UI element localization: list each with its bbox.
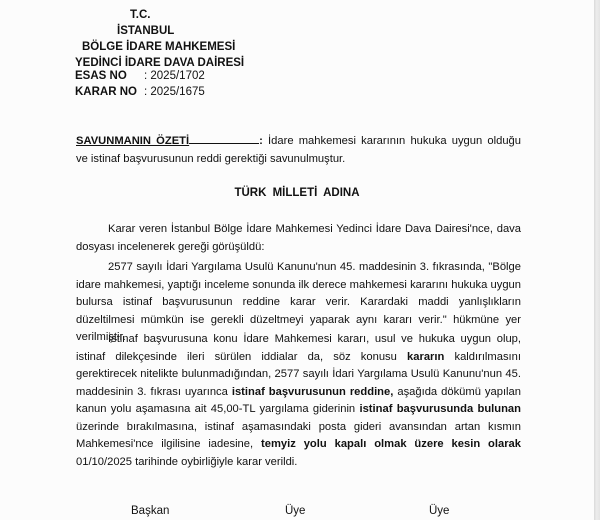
defense-summary-label: SAVUNMANIN ÖZETİ — [76, 135, 189, 147]
decision-title: TÜRK MİLLETİ ADINA — [0, 187, 594, 199]
document-page: T.C. İSTANBUL BÖLGE İDARE MAHKEMESİ YEDİ… — [0, 0, 594, 520]
esas-no-value: : 2025/1702 — [144, 70, 205, 82]
header-court: BÖLGE İDARE MAHKEMESİ — [82, 40, 235, 56]
p3-bold-1: kararın — [407, 351, 444, 363]
p3-bold-3: istinaf başvurusunda bulunan — [359, 403, 521, 415]
underline-gap — [189, 133, 259, 144]
signature-member-1: Üye — [285, 505, 305, 517]
p3-bold-2: istinaf başvurusunun reddine, — [232, 386, 394, 398]
paragraph-1-text: Karar veren İstanbul Bölge İdare Mahkeme… — [76, 223, 521, 253]
p3-bold-4: temyiz yolu kapalı olmak üzere kesin ola… — [261, 438, 521, 450]
page-edge — [594, 0, 600, 520]
signature-president: Başkan — [131, 505, 169, 517]
paragraph-1: Karar veren İstanbul Bölge İdare Mahkeme… — [76, 221, 521, 256]
karar-no-label: KARAR NO — [75, 86, 137, 98]
karar-no-value: : 2025/1675 — [144, 86, 205, 98]
paragraph-3: İstinaf başvurusuna konu İdare Mahkemesi… — [76, 331, 521, 471]
defense-summary: SAVUNMANIN ÖZETİ: İdare mahkemesi kararı… — [76, 133, 521, 168]
header-tc: T.C. — [130, 8, 150, 24]
signature-member-2: Üye — [429, 505, 449, 517]
esas-no-label: ESAS NO — [75, 70, 127, 82]
header-city: İSTANBUL — [117, 24, 174, 40]
p3-text-5: 01/10/2025 tarihinde oybirliğiyle karar … — [76, 456, 297, 468]
